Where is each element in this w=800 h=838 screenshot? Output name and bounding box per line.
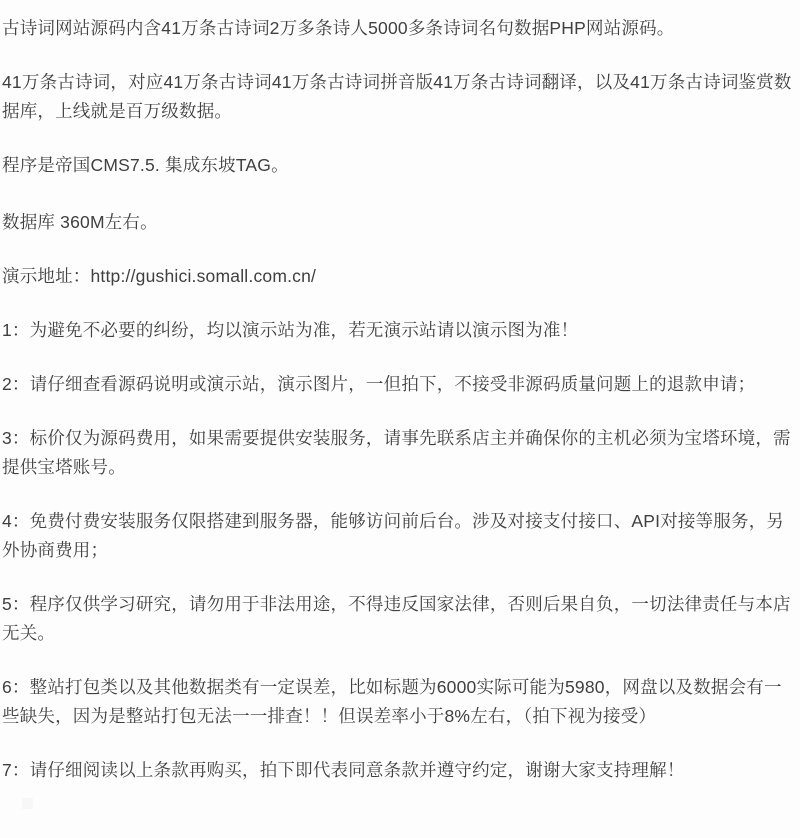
- term-item-2: 2：请仔细查看源码说明或演示站，演示图片，一但拍下，不接受非源码质量问题上的退款…: [2, 370, 796, 399]
- paragraph-demo-url: 演示地址：http://gushici.somall.com.cn/: [2, 262, 796, 291]
- paragraph-program-version: 程序是帝国CMS7.5. 集成东坡TAG。: [2, 151, 796, 180]
- term-item-3: 3：标价仅为源码费用，如果需要提供安装服务，请事先联系店主并确保你的主机必须为宝…: [2, 424, 796, 482]
- faint-artifact-mark: [22, 798, 33, 809]
- paragraph-database-size: 数据库 360M左右。: [2, 208, 796, 237]
- term-item-4: 4：免费付费安装服务仅限搭建到服务器，能够访问前后台。涉及对接支付接口、API对…: [2, 507, 796, 565]
- product-description-document: 古诗词网站源码内含41万条古诗词2万多条诗人5000多条诗词名句数据PHP网站源…: [0, 0, 800, 838]
- paragraph-data-detail: 41万条古诗词，对应41万条古诗词41万条古诗词拼音版41万条古诗词翻译，以及4…: [2, 68, 796, 126]
- term-item-5: 5：程序仅供学习研究，请勿用于非法用途，不得违反国家法律，否则后果自负，一切法律…: [2, 590, 796, 648]
- paragraph-intro: 古诗词网站源码内含41万条古诗词2万多条诗人5000多条诗词名句数据PHP网站源…: [2, 14, 796, 43]
- term-item-6: 6：整站打包类以及其他数据类有一定误差，比如标题为6000实际可能为5980，网…: [2, 673, 796, 731]
- term-item-1: 1：为避免不必要的纠纷，均以演示站为准，若无演示站请以演示图为准！: [2, 316, 796, 345]
- term-item-7: 7：请仔细阅读以上条款再购买，拍下即代表同意条款并遵守约定，谢谢大家支持理解！: [2, 756, 796, 785]
